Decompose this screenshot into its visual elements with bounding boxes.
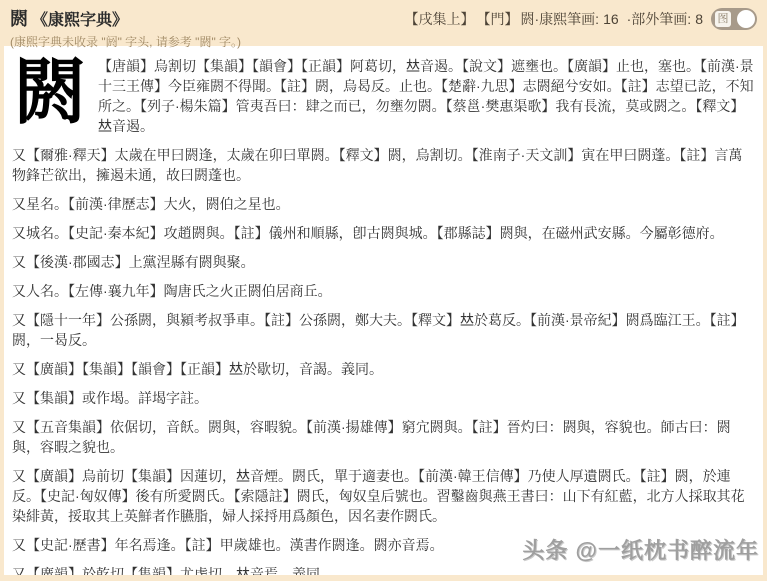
- image-icon: 图: [715, 11, 731, 27]
- entry-paragraph: 又【廣韻】於乾切【集韻】尤虔切，𠀤音焉。義同。: [12, 564, 755, 575]
- entry-paragraph: 又【後漢·郡國志】上黨涅縣有閼與聚。: [12, 252, 755, 272]
- header-left: 閼 《康熙字典》 (康熙字典未收录 "阏" 字头, 请参考 "閼" 字。): [10, 5, 241, 50]
- dictionary-page: 閼 《康熙字典》 (康熙字典未收录 "阏" 字头, 请参考 "閼" 字。) 【戌…: [0, 0, 767, 581]
- entry-paragraph: 又人名。【左傳·襄九年】陶唐氏之火正閼伯居商丘。: [12, 281, 755, 301]
- watermark: 头条 @一纸枕书醉流年: [522, 534, 759, 565]
- entry-paragraph: 又星名。【前漢·律歷志】大火，閼伯之星也。: [12, 194, 755, 214]
- entry-paragraph: 又【五音集韻】依倨切，音飫。閼與，容暇貌。【前漢·揚雄傳】窮宂閼與。【註】晉灼曰…: [12, 417, 755, 457]
- entry-paragraph: 又【廣韻】烏前切【集韻】因蓮切，𠀤音煙。閼氏，單于適妻也。【前漢·韓王信傳】乃使…: [12, 466, 755, 526]
- header-meta: 【戌集上】 【門】 閼·康熙筆画: 16 ·部外筆画: 8 图: [403, 5, 758, 30]
- volume-label: 【戌集上】: [405, 9, 475, 29]
- entry-paragraph: 又【隱十一年】公孫閼，與潁考叔爭車。【註】公孫閼，鄭大夫。【釋文】𠀤於葛反。【前…: [12, 310, 755, 350]
- headword-glyph: 閼: [14, 54, 86, 130]
- book-title: 《康熙字典》: [32, 7, 128, 30]
- entry-paragraphs: 【唐韻】烏割切【集韻】【韻會】【正韻】阿葛切，𠀤音遏。【說文】遮壅也。【廣韻】止…: [12, 56, 755, 575]
- page-header: 閼 《康熙字典》 (康熙字典未收录 "阏" 字头, 请参考 "閼" 字。) 【戌…: [0, 0, 767, 46]
- extra-strokes-label: ·部外筆画:: [627, 9, 692, 29]
- extra-strokes-count: 8: [695, 11, 703, 27]
- kangxi-strokes-count: 16: [603, 11, 619, 27]
- entry-paragraph: 又【廣韻】【集韻】【韻會】【正韻】𠀤於歇切，音謁。義同。: [12, 359, 755, 379]
- entry-paragraph: 又【爾雅·釋天】太歲在甲曰閼逢，太歲在卯曰單閼。【釋文】閼，烏割切。【淮南子·天…: [12, 145, 755, 185]
- kangxi-strokes-label: 閼·康熙筆画:: [521, 9, 600, 29]
- entry-content: 閼 【唐韻】烏割切【集韻】【韻會】【正韻】阿葛切，𠀤音遏。【說文】遮壅也。【廣韻…: [4, 46, 763, 575]
- entry-paragraph: 又城名。【史記·秦本紀】攻趙閼與。【註】儀州和順縣，卽古閼與城。【郡縣誌】閼與，…: [12, 223, 755, 243]
- toggle-knob[interactable]: [737, 10, 755, 28]
- page-title: 閼 《康熙字典》: [10, 5, 241, 31]
- entry-paragraph: 又【集韻】或作堨。詳堨字註。: [12, 388, 755, 408]
- headword-title-char: 閼: [10, 5, 28, 31]
- radical-label: 【門】: [477, 9, 519, 29]
- image-mode-toggle[interactable]: 图: [711, 8, 757, 30]
- variant-note: (康熙字典未收录 "阏" 字头, 请参考 "閼" 字。): [10, 33, 241, 50]
- entry-paragraph: 【唐韻】烏割切【集韻】【韻會】【正韻】阿葛切，𠀤音遏。【說文】遮壅也。【廣韻】止…: [12, 56, 755, 136]
